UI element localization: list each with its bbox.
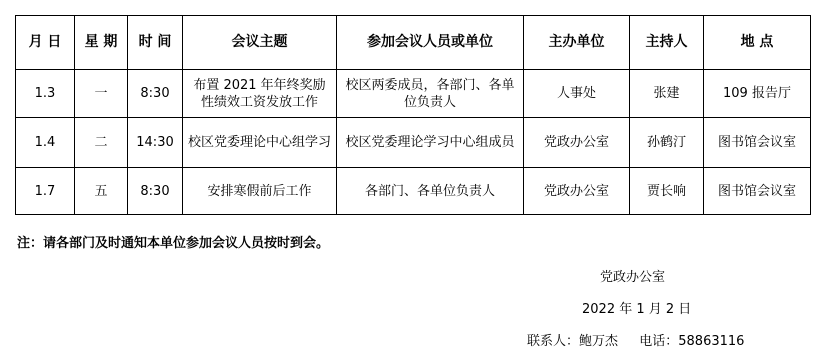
header-topic: 会议主题 (183, 16, 337, 70)
cell-topic: 布置 2021 年年终奖励性绩效工资发放工作 (183, 70, 337, 118)
table-row: 1.4 二 14:30 校区党委理论中心组学习 校区党委理论学习中心组成员 党政… (16, 118, 811, 168)
issue-date: 2022 年 1 月 2 日 (582, 298, 691, 317)
cell-location: 109 报告厅 (704, 70, 811, 118)
cell-weekday: 一 (75, 70, 128, 118)
cell-attendees: 各部门、各单位负责人 (337, 168, 524, 215)
cell-weekday: 五 (75, 168, 128, 215)
cell-topic: 校区党委理论中心组学习 (183, 118, 337, 168)
cell-topic: 安排寒假前后工作 (183, 168, 337, 215)
cell-date: 1.7 (16, 168, 75, 215)
issuing-office: 党政办公室 (600, 266, 665, 285)
header-time: 时 间 (128, 16, 183, 70)
cell-organizer: 党政办公室 (524, 168, 630, 215)
cell-time: 8:30 (128, 70, 183, 118)
header-location: 地 点 (704, 16, 811, 70)
cell-organizer: 人事处 (524, 70, 630, 118)
table-row: 1.3 一 8:30 布置 2021 年年终奖励性绩效工资发放工作 校区两委成员… (16, 70, 811, 118)
cell-attendees: 校区两委成员，各部门、各单位负责人 (337, 70, 524, 118)
header-attendees: 参加会议人员或单位 (337, 16, 524, 70)
cell-host: 孙鹤汀 (630, 118, 704, 168)
cell-organizer: 党政办公室 (524, 118, 630, 168)
attendance-note: 注：请各部门及时通知本单位参加会议人员按时到会。 (17, 232, 329, 251)
cell-location: 图书馆会议室 (704, 118, 811, 168)
cell-host: 贾长响 (630, 168, 704, 215)
cell-host: 张建 (630, 70, 704, 118)
table-row: 1.7 五 8:30 安排寒假前后工作 各部门、各单位负责人 党政办公室 贾长响… (16, 168, 811, 215)
cell-date: 1.3 (16, 70, 75, 118)
header-organizer: 主办单位 (524, 16, 630, 70)
header-row: 月 日 星 期 时 间 会议主题 参加会议人员或单位 主办单位 主持人 地 点 (16, 16, 811, 70)
cell-time: 8:30 (128, 168, 183, 215)
cell-location: 图书馆会议室 (704, 168, 811, 215)
cell-time: 14:30 (128, 118, 183, 168)
header-host: 主持人 (630, 16, 704, 70)
meeting-schedule-table: 月 日 星 期 时 间 会议主题 参加会议人员或单位 主办单位 主持人 地 点 … (15, 15, 811, 215)
cell-date: 1.4 (16, 118, 75, 168)
header-date: 月 日 (16, 16, 75, 70)
contact-info: 联系人：鲍万杰 电话：58863116 (527, 330, 744, 349)
cell-weekday: 二 (75, 118, 128, 168)
cell-attendees: 校区党委理论学习中心组成员 (337, 118, 524, 168)
header-weekday: 星 期 (75, 16, 128, 70)
